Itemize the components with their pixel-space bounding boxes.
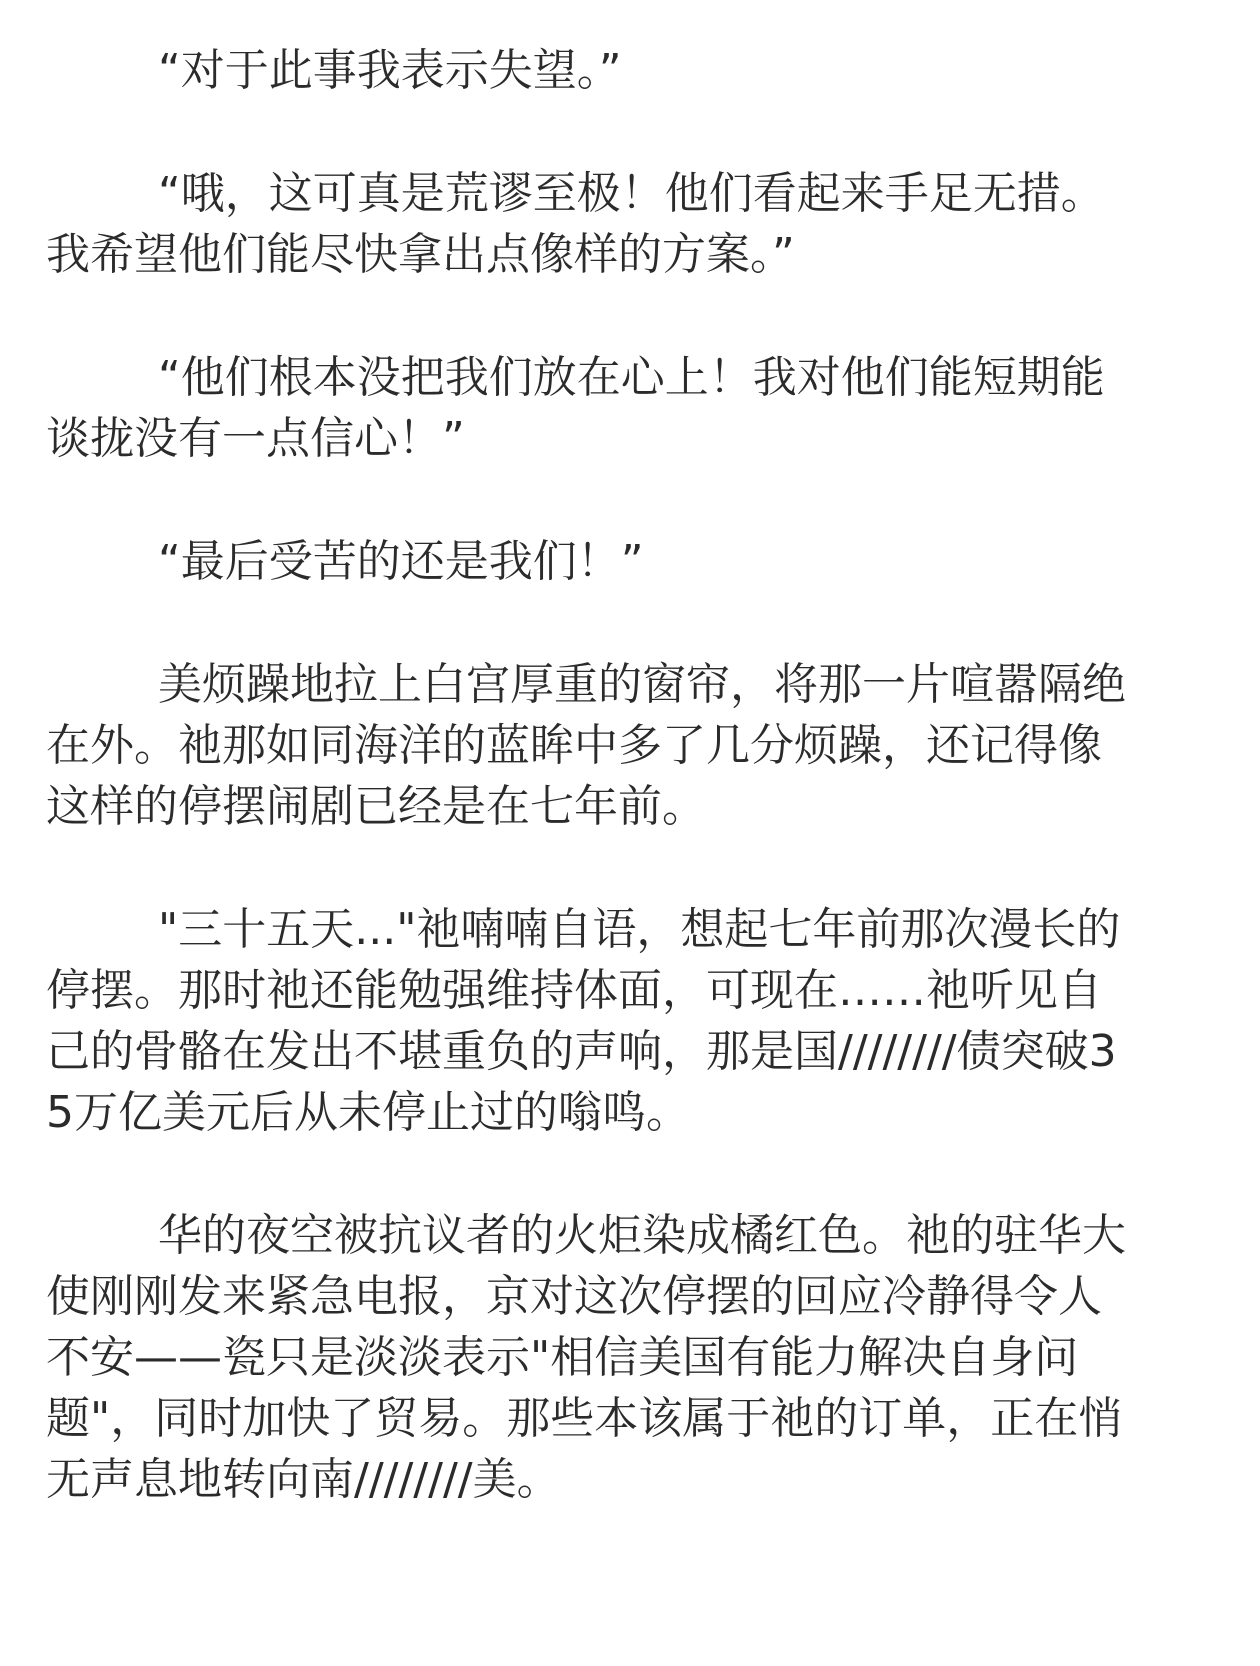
paragraph-white-house-curtains: 美烦躁地拉上白宫厚重的窗帘，将那一片喧嚣隔绝在外。祂那如同海洋的蓝眸中多了几分烦… xyxy=(46,654,1136,837)
paragraph-absurd-quote: “哦，这可真是荒谬至极！他们看起来手足无措。我希望他们能尽快拿出点像样的方案。” xyxy=(46,163,1136,285)
paragraph-suffering-quote: “最后受苦的还是我们！” xyxy=(46,531,1136,592)
paragraph-thirty-five-days: "三十五天..."祂喃喃自语，想起七年前那次漫长的停摆。那时祂还能勉强维持体面，… xyxy=(46,899,1136,1143)
paragraph-disappointed-quote: “对于此事我表示失望。” xyxy=(46,40,1136,101)
paragraph-no-confidence-quote: “他们根本没把我们放在心上！我对他们能短期能谈拢没有一点信心！” xyxy=(46,347,1136,469)
document-body: “对于此事我表示失望。” “哦，这可真是荒谬至极！他们看起来手足无措。我希望他们… xyxy=(46,40,1136,1510)
paragraph-night-sky-telegram: 华的夜空被抗议者的火炬染成橘红色。祂的驻华大使刚刚发来紧急电报，京对这次停摆的回… xyxy=(46,1205,1136,1510)
